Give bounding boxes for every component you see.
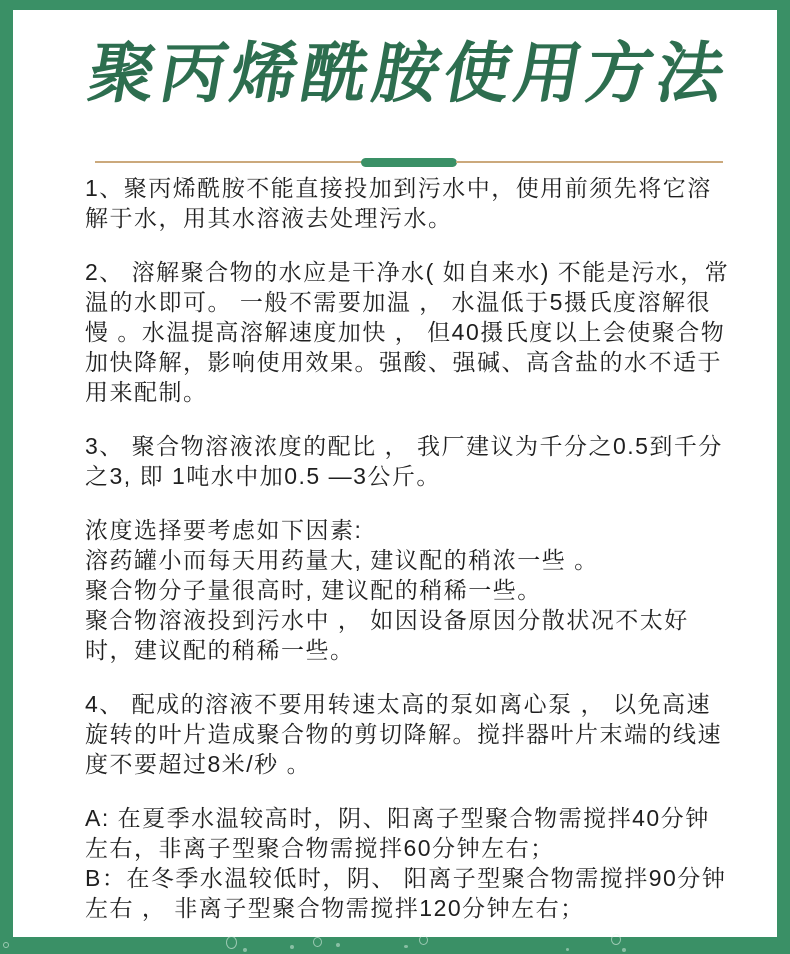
poster-page: 聚丙烯酰胺使用方法 1、聚丙烯酰胺不能直接投加到污水中，使用前须先将它溶解于水，… xyxy=(0,0,790,954)
paragraph-2: 2、 溶解聚合物的水应是干净水( 如自来水) 不能是污水，常温的水即可。 一般不… xyxy=(85,257,733,407)
bubble-icon xyxy=(566,948,569,951)
divider-line-right xyxy=(456,161,723,163)
factors-intro: 浓度选择要考虑如下因素: xyxy=(85,515,733,545)
concentration-factors: 浓度选择要考虑如下因素: 溶药罐小而每天用药量大, 建议配的稍浓一些 。 聚合物… xyxy=(85,515,733,665)
divider-pill xyxy=(361,158,457,167)
paragraph-3: 3、 聚合物溶液浓度的配比 ， 我厂建议为千分之0.5到千分之3, 即 1吨水中… xyxy=(85,431,733,491)
bubble-icon xyxy=(290,945,294,949)
title-divider xyxy=(95,158,723,167)
bubble-icon xyxy=(404,945,408,948)
bubble-icon xyxy=(313,937,322,947)
divider-line-left xyxy=(95,161,362,163)
content-card: 聚丙烯酰胺使用方法 1、聚丙烯酰胺不能直接投加到污水中，使用前须先将它溶解于水，… xyxy=(13,10,777,937)
instructions-body: 1、聚丙烯酰胺不能直接投加到污水中，使用前须先将它溶解于水，用其水溶液去处理污水… xyxy=(85,173,733,923)
bubble-icon xyxy=(243,948,247,952)
factor-2: 聚合物分子量很高时, 建议配的稍稀一些。 xyxy=(85,575,733,605)
paragraph-4: 4、 配成的溶液不要用转速太高的泵如离心泵 ， 以免高速旋转的叶片造成聚合物的剪… xyxy=(85,689,733,779)
note-b-winter: B：在冬季水温较低时，阴、 阳离子型聚合物需搅拌90分钟左右 ， 非离子型聚合物… xyxy=(85,863,733,923)
bubble-icon xyxy=(336,943,340,947)
bubble-icon xyxy=(622,948,626,952)
bubble-icon xyxy=(226,936,237,949)
paragraph-1: 1、聚丙烯酰胺不能直接投加到污水中，使用前须先将它溶解于水，用其水溶液去处理污水… xyxy=(85,173,733,233)
bubble-icon xyxy=(3,942,9,948)
page-title: 聚丙烯酰胺使用方法 xyxy=(78,36,739,112)
factor-1: 溶药罐小而每天用药量大, 建议配的稍浓一些 。 xyxy=(85,545,733,575)
factor-3: 聚合物溶液投到污水中 ， 如因设备原因分散状况不太好时，建议配的稍稀一些。 xyxy=(85,605,733,665)
stirring-time-notes: A: 在夏季水温较高时，阴、阳离子型聚合物需搅拌40分钟左右，非离子型聚合物需搅… xyxy=(85,803,733,923)
note-a-summer: A: 在夏季水温较高时，阴、阳离子型聚合物需搅拌40分钟左右，非离子型聚合物需搅… xyxy=(85,803,733,863)
